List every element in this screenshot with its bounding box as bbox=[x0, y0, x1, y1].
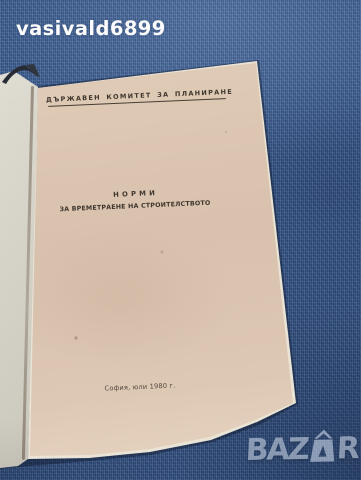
bazar-logo: BAZ R bbox=[245, 428, 359, 465]
seller-watermark: vasivald6899 bbox=[16, 17, 166, 40]
shopping-bag-icon bbox=[309, 428, 337, 464]
bazar-logo-text-right: R bbox=[336, 435, 359, 464]
bazar-logo-text-left: BAZ bbox=[245, 435, 308, 465]
book-photo: ДЪРЖАВЕН КОМИТЕТ ЗА ПЛАНИРАНЕ НОРМИ ЗА В… bbox=[0, 0, 361, 480]
torn-corner-mark bbox=[0, 57, 52, 89]
